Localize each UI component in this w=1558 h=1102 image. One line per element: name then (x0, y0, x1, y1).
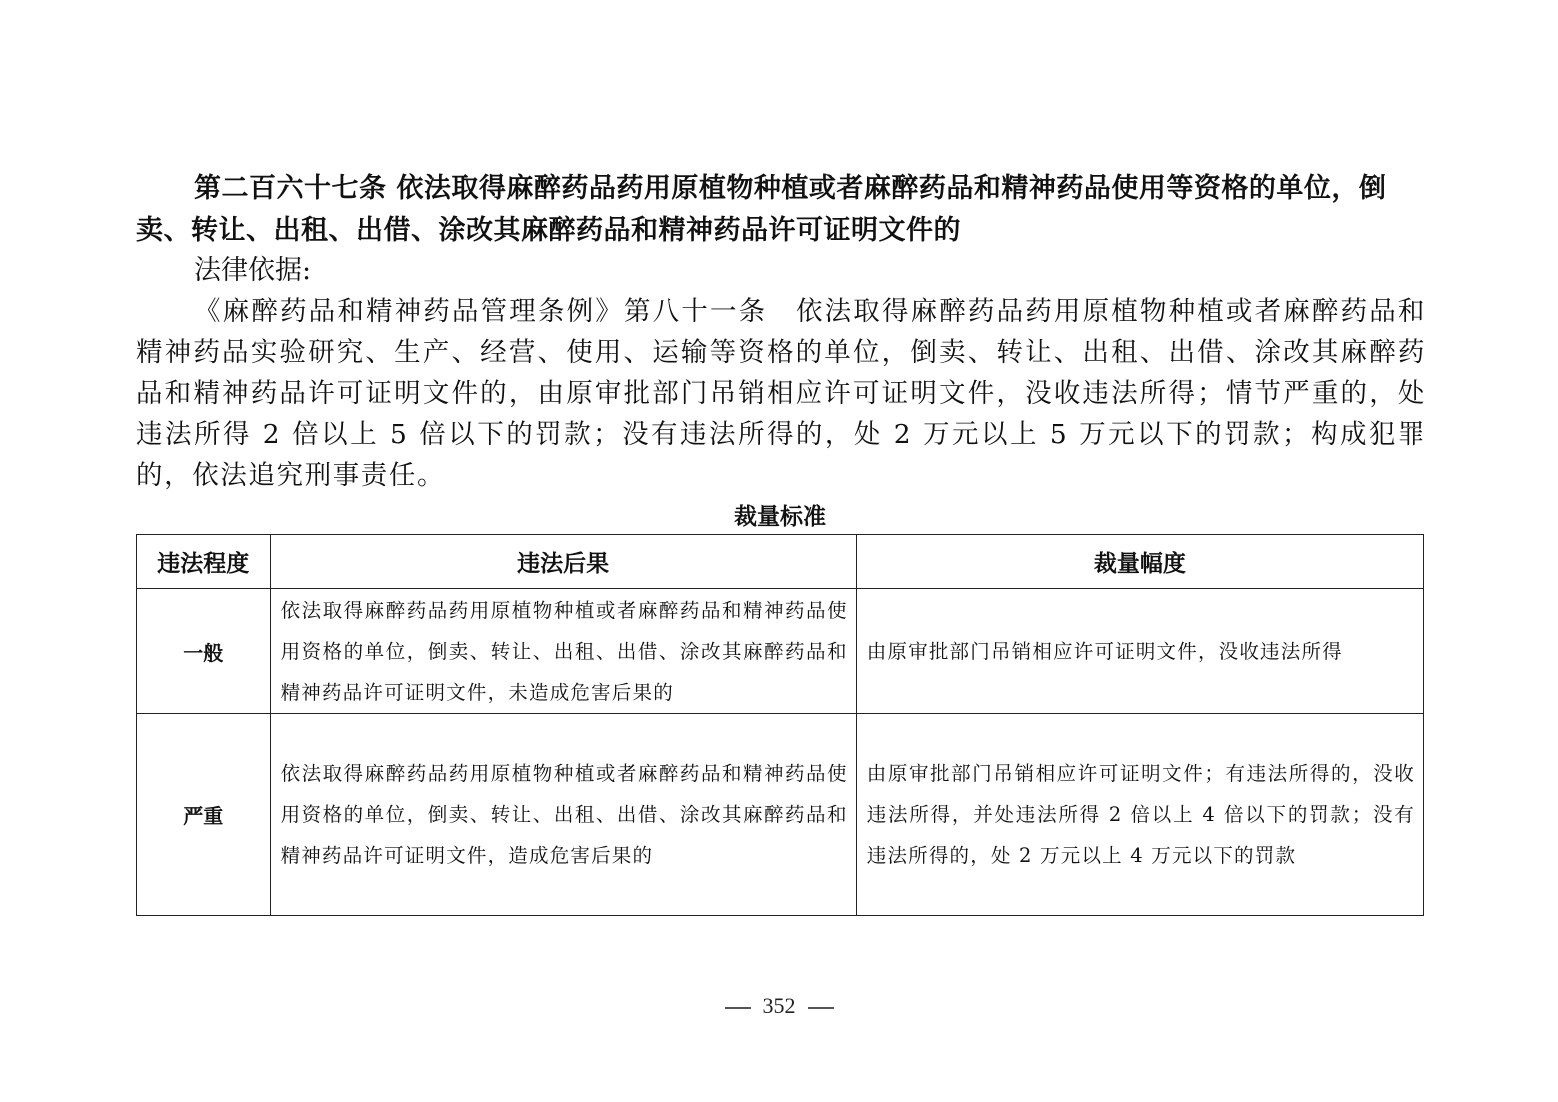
table-caption: 裁量标准 (136, 500, 1424, 534)
table-header-row: 违法程度 违法后果 裁量幅度 (137, 535, 1424, 589)
article-title: 第二百六十七条 依法取得麻醉药品药用原植物种植或者麻醉药品和精神药品使用等资格的… (136, 168, 1426, 252)
header-violation-degree: 违法程度 (137, 535, 271, 589)
footer-dash-left (725, 1007, 751, 1009)
header-violation-consequence: 违法后果 (270, 535, 856, 589)
discretion-standards-table: 违法程度 违法后果 裁量幅度 一般 依法取得麻醉药品药用原植物种植或者麻醉药品和… (136, 534, 1424, 916)
degree-cell: 严重 (137, 714, 271, 916)
range-cell: 由原审批部门吊销相应许可证明文件，没收违法所得 (856, 589, 1423, 714)
table-row: 一般 依法取得麻醉药品药用原植物种植或者麻醉药品和精神药品使用资格的单位，倒卖、… (137, 589, 1424, 714)
table-row: 严重 依法取得麻醉药品药用原植物种植或者麻醉药品和精神药品使用资格的单位，倒卖、… (137, 714, 1424, 916)
page-footer: 352 (0, 993, 1558, 1019)
range-cell: 由原审批部门吊销相应许可证明文件；有违法所得的，没收违法所得，并处违法所得 2 … (856, 714, 1423, 916)
legal-basis-text: 《麻醉药品和精神药品管理条例》第八十一条 依法取得麻醉药品药用原植物种植或者麻醉… (136, 291, 1426, 496)
degree-cell: 一般 (137, 589, 271, 714)
document-page: 第二百六十七条 依法取得麻醉药品药用原植物种植或者麻醉药品和精神药品使用等资格的… (0, 0, 1558, 1102)
consequence-cell: 依法取得麻醉药品药用原植物种植或者麻醉药品和精神药品使用资格的单位，倒卖、转让、… (270, 589, 856, 714)
legal-basis-label: 法律依据: (194, 250, 311, 292)
header-discretion-range: 裁量幅度 (856, 535, 1423, 589)
consequence-cell: 依法取得麻醉药品药用原植物种植或者麻醉药品和精神药品使用资格的单位，倒卖、转让、… (270, 714, 856, 916)
page-number: 352 (763, 993, 796, 1018)
footer-dash-right (808, 1007, 834, 1009)
